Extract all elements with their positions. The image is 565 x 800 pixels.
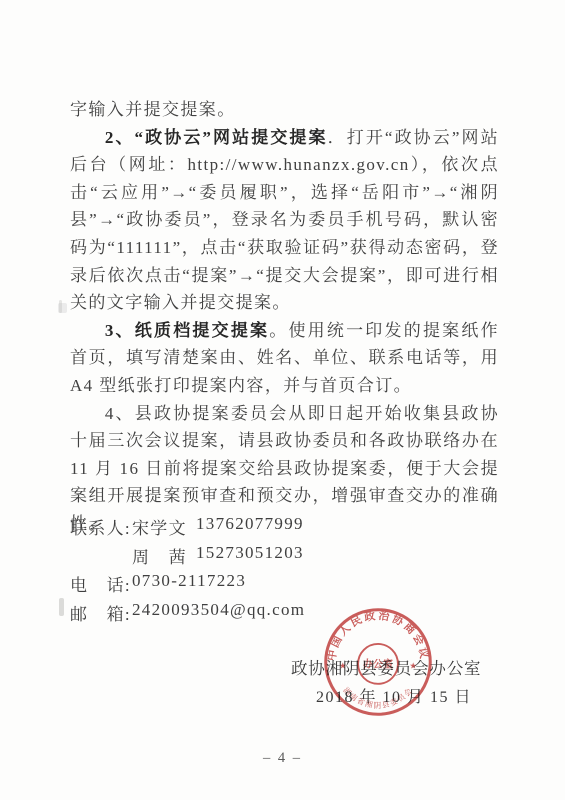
scan-smudge [59,598,64,616]
contact-block: 联系人: 宋学文 13762077999 周 茜 15273051203 电 话… [70,514,304,628]
contact-line-email: 邮 箱: 2420093504@qq.com [70,600,304,629]
contact-line-person-2: 周 茜 15273051203 [70,543,304,572]
seal-top-text: 中国人民政治协商会议 [324,608,432,662]
paragraph-text: ．打开“政协云”网站后台（网址：http://www.hunanzx.gov.c… [70,128,499,313]
contact-line-person-1: 联系人: 宋学文 13762077999 [70,514,304,543]
paragraph-item-2: 2、“政协云”网站提交提案．打开“政协云”网站后台（网址：http://www.… [70,124,499,317]
contact-label: 联系人: [70,514,132,543]
paragraph-bold-heading: 3、纸质档提交提案 [105,321,269,340]
contact-label: 邮 箱: [70,600,132,629]
seal-top-text-curve: 中国人民政治协商会议 [324,608,432,662]
scan-smudge [59,300,62,313]
signature-office: 政协湘阴县委员会办公室 [291,655,481,679]
paragraph-item-3: 3、纸质档提交提案。使用统一印发的提案纸作首页，填写清楚案由、姓名、单位、联系电… [70,317,499,400]
page-number: – 4 – [0,750,565,767]
document-body: 字输入并提交提案。 2、“政协云”网站提交提案．打开“政协云”网站后台（网址：h… [70,96,499,538]
contact-label [70,543,132,572]
paragraph-bold-heading: 2、“政协云”网站提交提案 [105,128,328,147]
contact-value: 2420093504@qq.com [132,600,196,629]
paragraph-continuation: 字输入并提交提案。 [70,96,499,124]
contact-phone: 15273051203 [196,543,304,572]
paragraph-text: 字输入并提交提案。 [70,100,236,119]
contact-line-telephone: 电 话: 0730-2117223 [70,571,304,600]
contact-phone: 13762077999 [196,514,304,543]
signature-date: 2018 年 10 月 15 日 [316,684,472,707]
scanned-document-page: 字输入并提交提案。 2、“政协云”网站提交提案．打开“政协云”网站后台（网址：h… [0,0,565,800]
contact-value: 0730-2117223 [132,571,196,600]
contact-name: 宋学文 [132,514,196,543]
contact-name: 周 茜 [132,543,196,572]
contact-label: 电 话: [70,571,132,600]
